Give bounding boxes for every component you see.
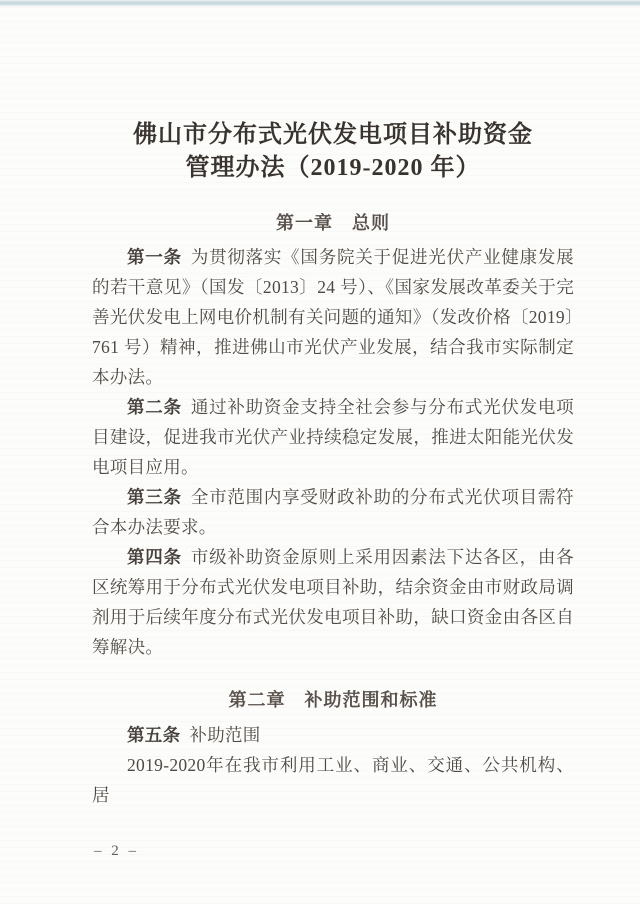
article-4-paragraph: 第四条市级补助资金原则上采用因素法下达各区，由各区统筹用于分布式光伏发电项目补助… bbox=[92, 542, 574, 662]
article-2-label: 第二条 bbox=[127, 397, 182, 417]
article-2-paragraph: 第二条通过补助资金支持全社会参与分布式光伏发电项目建设，促进我市光伏产业持续稳定… bbox=[92, 392, 574, 482]
article-5-paragraph: 第五条补助范围 bbox=[92, 720, 574, 750]
page-number: – 2 – bbox=[94, 843, 139, 860]
article-1-paragraph: 第一条为贯彻落实《国务院关于促进光伏产业健康发展的若干意见》（国发〔2013〕2… bbox=[92, 242, 574, 392]
article-1-label: 第一条 bbox=[127, 247, 182, 267]
chapter-1-heading: 第一章 总则 bbox=[92, 211, 574, 235]
article-4-label: 第四条 bbox=[127, 547, 182, 567]
article-1-text: 为贯彻落实《国务院关于促进光伏产业健康发展的若干意见》（国发〔2013〕24 号… bbox=[92, 247, 574, 387]
chapter-1-body: 第一条为贯彻落实《国务院关于促进光伏产业健康发展的若干意见》（国发〔2013〕2… bbox=[92, 242, 574, 662]
article-3-paragraph: 第三条全市范围内享受财政补助的分布式光伏项目需符合本办法要求。 bbox=[92, 482, 574, 542]
article-3-label: 第三条 bbox=[127, 487, 182, 507]
chapter-2-body: 第五条补助范围 2019-2020年在我市利用工业、商业、交通、公共机构、居 bbox=[92, 720, 574, 810]
document-title-line-2: 管理办法（2019-2020 年） bbox=[92, 152, 574, 185]
document-page: 佛山市分布式光伏发电项目补助资金 管理办法（2019-2020 年） 第一章 总… bbox=[0, 0, 640, 904]
article-5-continuation: 2019-2020年在我市利用工业、商业、交通、公共机构、居 bbox=[92, 750, 574, 810]
article-5-label: 第五条 bbox=[127, 725, 180, 745]
article-5-text: 补助范围 bbox=[189, 725, 260, 745]
chapter-2-heading: 第二章 补助范围和标准 bbox=[92, 688, 574, 712]
document-title: 佛山市分布式光伏发电项目补助资金 管理办法（2019-2020 年） bbox=[92, 119, 574, 185]
document-title-line-1: 佛山市分布式光伏发电项目补助资金 bbox=[92, 119, 574, 152]
scan-edge-top bbox=[0, 0, 640, 7]
